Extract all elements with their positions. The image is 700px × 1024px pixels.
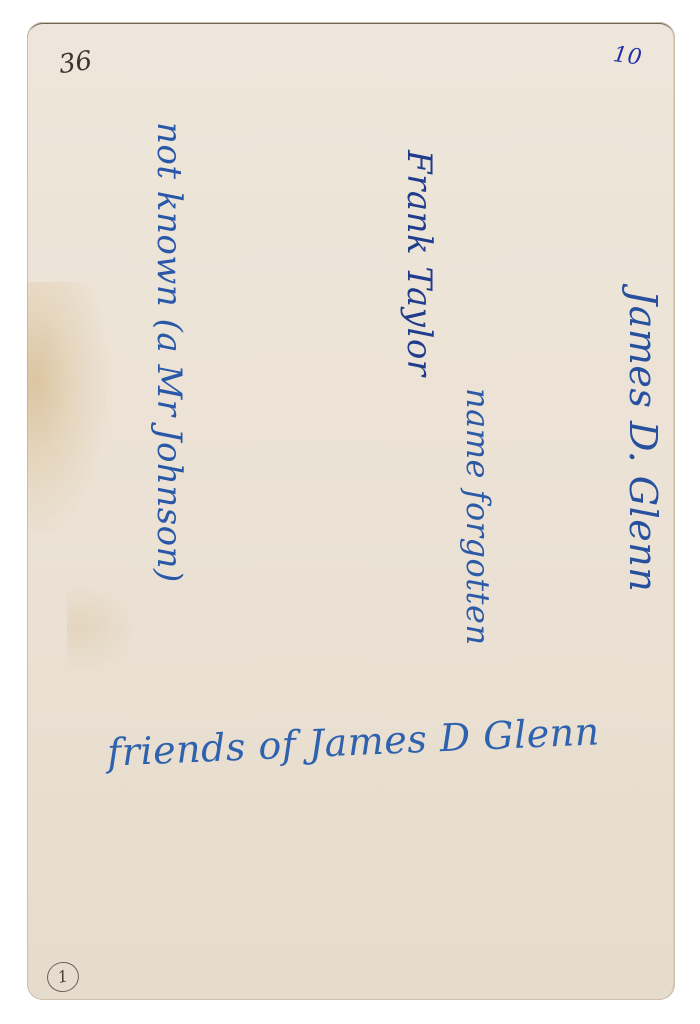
handwritten-not-known-johnson: not known (a Mr Johnson) xyxy=(149,122,189,583)
circled-pencil-number: 1 xyxy=(44,959,82,995)
circled-number-text: 1 xyxy=(56,966,70,987)
pen-number-top-right: 10 xyxy=(611,42,643,71)
handwritten-james-d-glenn-vertical: James D. Glenn xyxy=(621,290,665,592)
handwritten-frank-taylor: Frank Taylor xyxy=(399,150,439,377)
age-stain xyxy=(27,282,107,532)
photo-card-back: 36 10 not known (a Mr Johnson) Frank Tay… xyxy=(27,22,675,1000)
handwritten-name-forgotten: name forgotten xyxy=(459,388,497,646)
handwritten-friends-of-james-d-glenn: friends of James D Glenn xyxy=(106,709,600,774)
pencil-number-top-left: 36 xyxy=(57,46,94,80)
age-stain-small xyxy=(67,582,137,672)
